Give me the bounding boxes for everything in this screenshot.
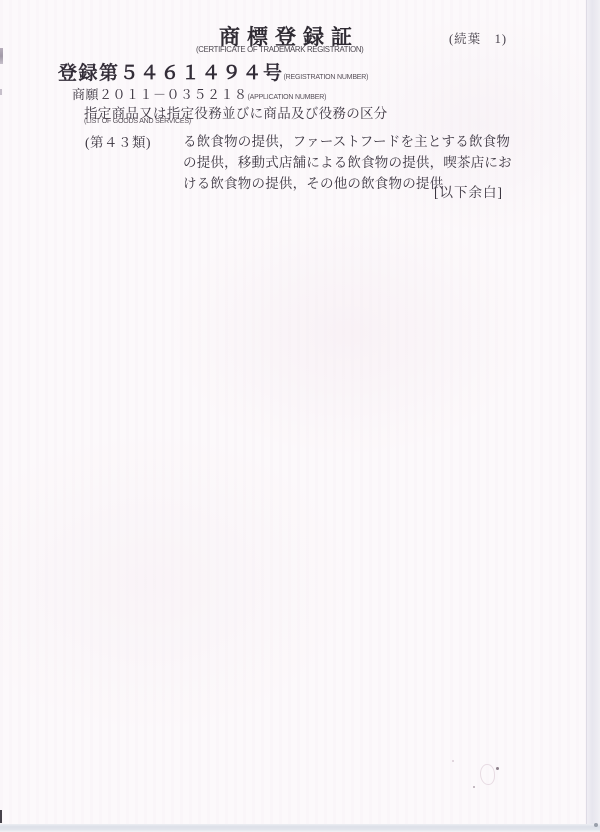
registration-number-english-label: (REGISTRATION NUMBER) — [284, 74, 369, 81]
application-number: 商願２０１１－０３５２１８ — [72, 87, 248, 102]
paper-speck — [496, 767, 499, 770]
scan-left-edge-mark — [0, 89, 2, 95]
scan-left-edge-mark — [0, 48, 3, 64]
paper-smudge — [480, 764, 495, 785]
application-number-line: 商願２０１１－０３５２１８(APPLICATION NUMBER) — [72, 84, 326, 104]
nice-class-label: (第４３類) — [85, 131, 151, 151]
registration-number-line: 登録第５４６１４９４号(REGISTRATION NUMBER) — [58, 58, 368, 85]
goods-services-heading-english: (LIST OF GOODS AND SERVICES) — [84, 118, 191, 125]
scan-left-edge-mark — [0, 810, 2, 823]
application-number-english-label: (APPLICATION NUMBER) — [248, 94, 327, 101]
paper-speck — [473, 786, 475, 788]
continuation-sheet-label: (続葉 1) — [449, 29, 507, 47]
registration-number: 登録第５４６１４９４号 — [58, 63, 284, 84]
goods-description-line: の提供，移動式店舗による飲食物の提供，喫茶店にお — [183, 152, 513, 173]
paper-speck — [452, 760, 454, 762]
scan-edge-right-strip — [586, 0, 600, 832]
page-title-english: (CERTIFICATE OF TRADEMARK REGISTRATION) — [196, 45, 363, 54]
end-of-text-marker: [以下余白] — [434, 181, 503, 201]
scan-speck — [594, 823, 598, 827]
scan-edge-bottom-band — [0, 824, 600, 832]
trademark-certificate-scan: 商標登録証 (CERTIFICATE OF TRADEMARK REGISTRA… — [0, 0, 600, 832]
goods-description-line: る飲食物の提供，ファーストフードを主とする飲食物 — [183, 131, 513, 152]
